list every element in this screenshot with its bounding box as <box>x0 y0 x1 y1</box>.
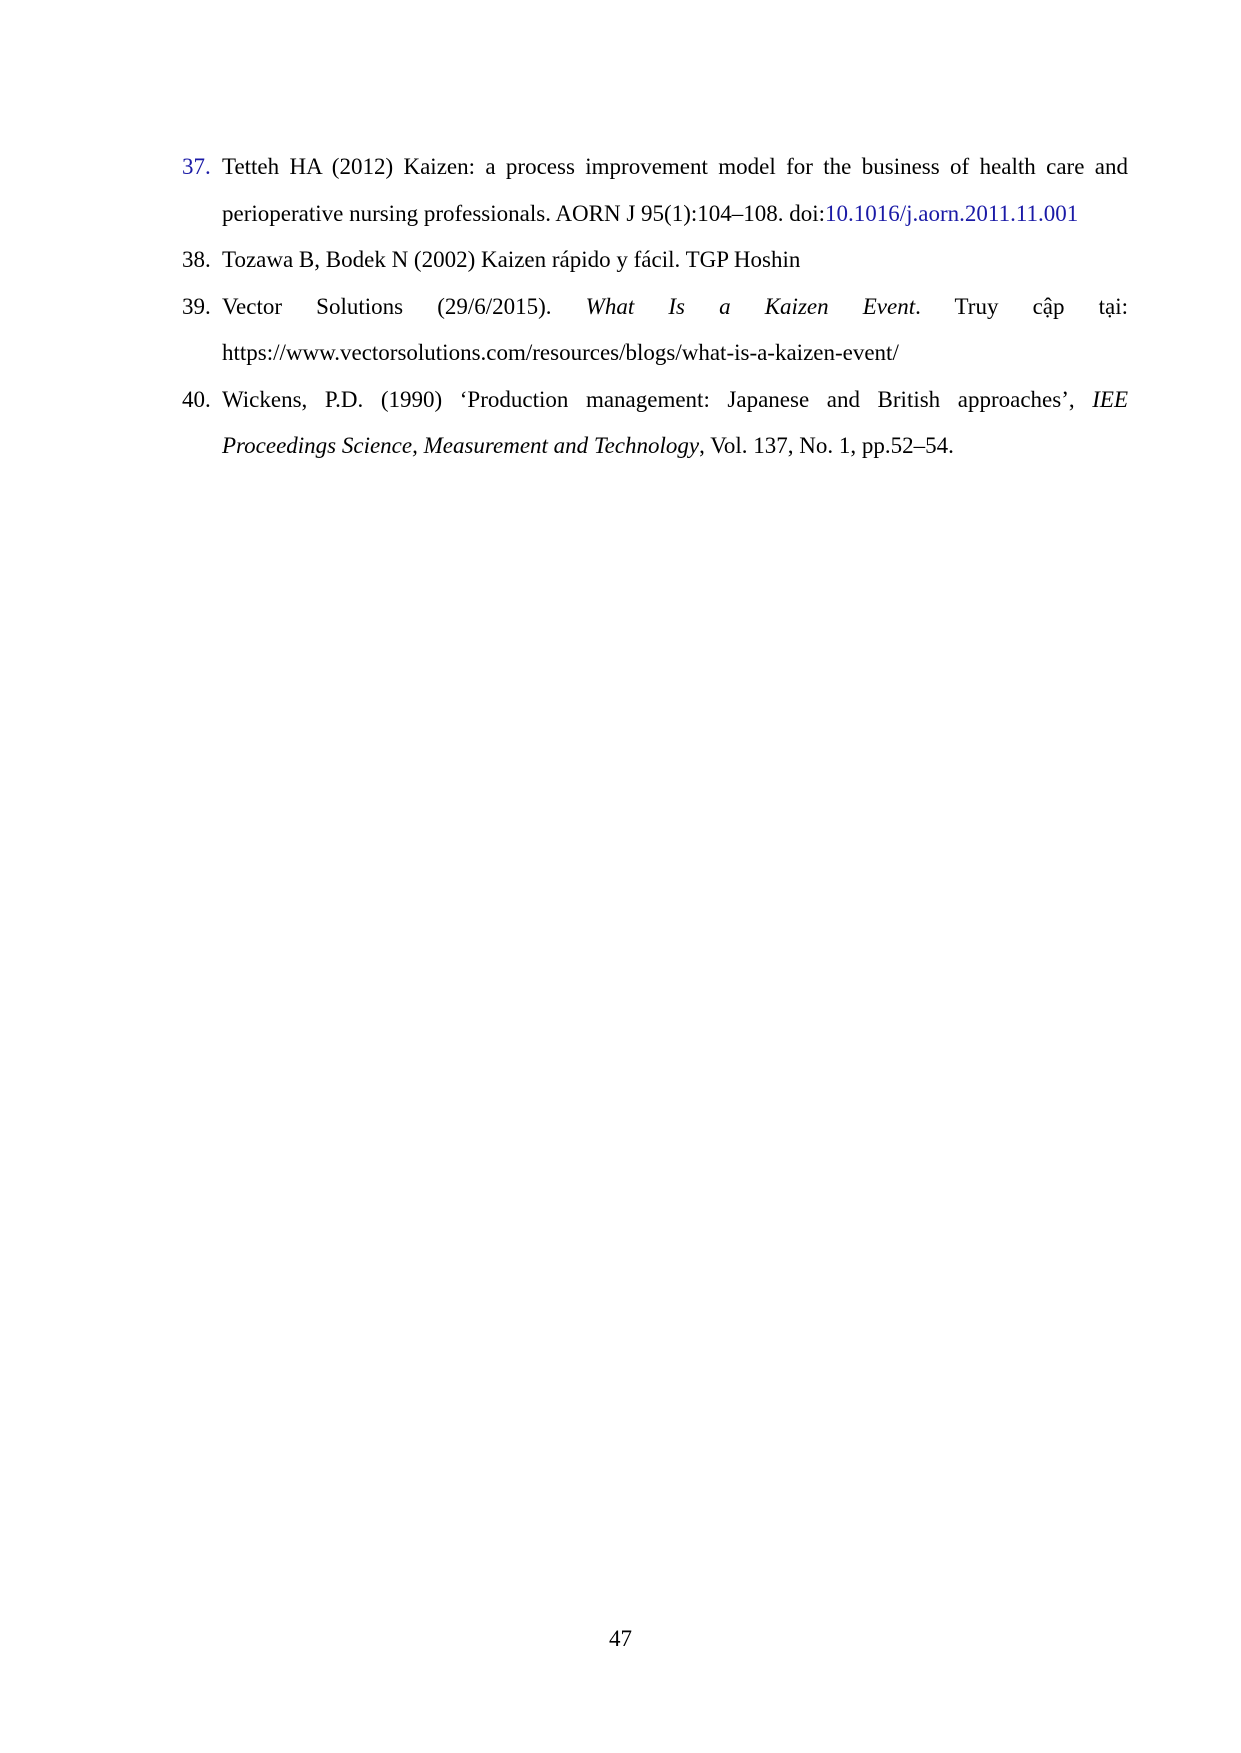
doi-link[interactable]: 10.1016/j.aorn.2011.11.001 <box>825 201 1078 226</box>
reference-item-37: 37. Tetteh HA (2012) Kaizen: a process i… <box>182 144 1128 237</box>
reference-text: Wickens, P.D. (1990) ‘Production managem… <box>222 387 1092 412</box>
reference-number: 38. <box>182 237 211 284</box>
reference-title: What Is a Kaizen Event <box>586 294 915 319</box>
reference-details: , Vol. 137, No. 1, pp.52–54. <box>699 433 954 458</box>
reference-number: 39. <box>182 284 211 331</box>
reference-list: 37. Tetteh HA (2012) Kaizen: a process i… <box>182 144 1128 470</box>
reference-item-38: 38. Tozawa B, Bodek N (2002) Kaizen rápi… <box>182 237 1128 284</box>
reference-access-note: . Truy cập tại: <box>915 294 1128 319</box>
page-number: 47 <box>0 1626 1241 1652</box>
reference-text: Vector Solutions (29/6/2015). <box>222 294 586 319</box>
reference-number: 40. <box>182 377 211 424</box>
reference-item-40: 40. Wickens, P.D. (1990) ‘Production man… <box>182 377 1128 470</box>
reference-item-39: 39. Vector Solutions (29/6/2015). What I… <box>182 284 1128 377</box>
reference-text: Tozawa B, Bodek N (2002) Kaizen rápido y… <box>222 247 800 272</box>
reference-number[interactable]: 37. <box>182 144 211 191</box>
